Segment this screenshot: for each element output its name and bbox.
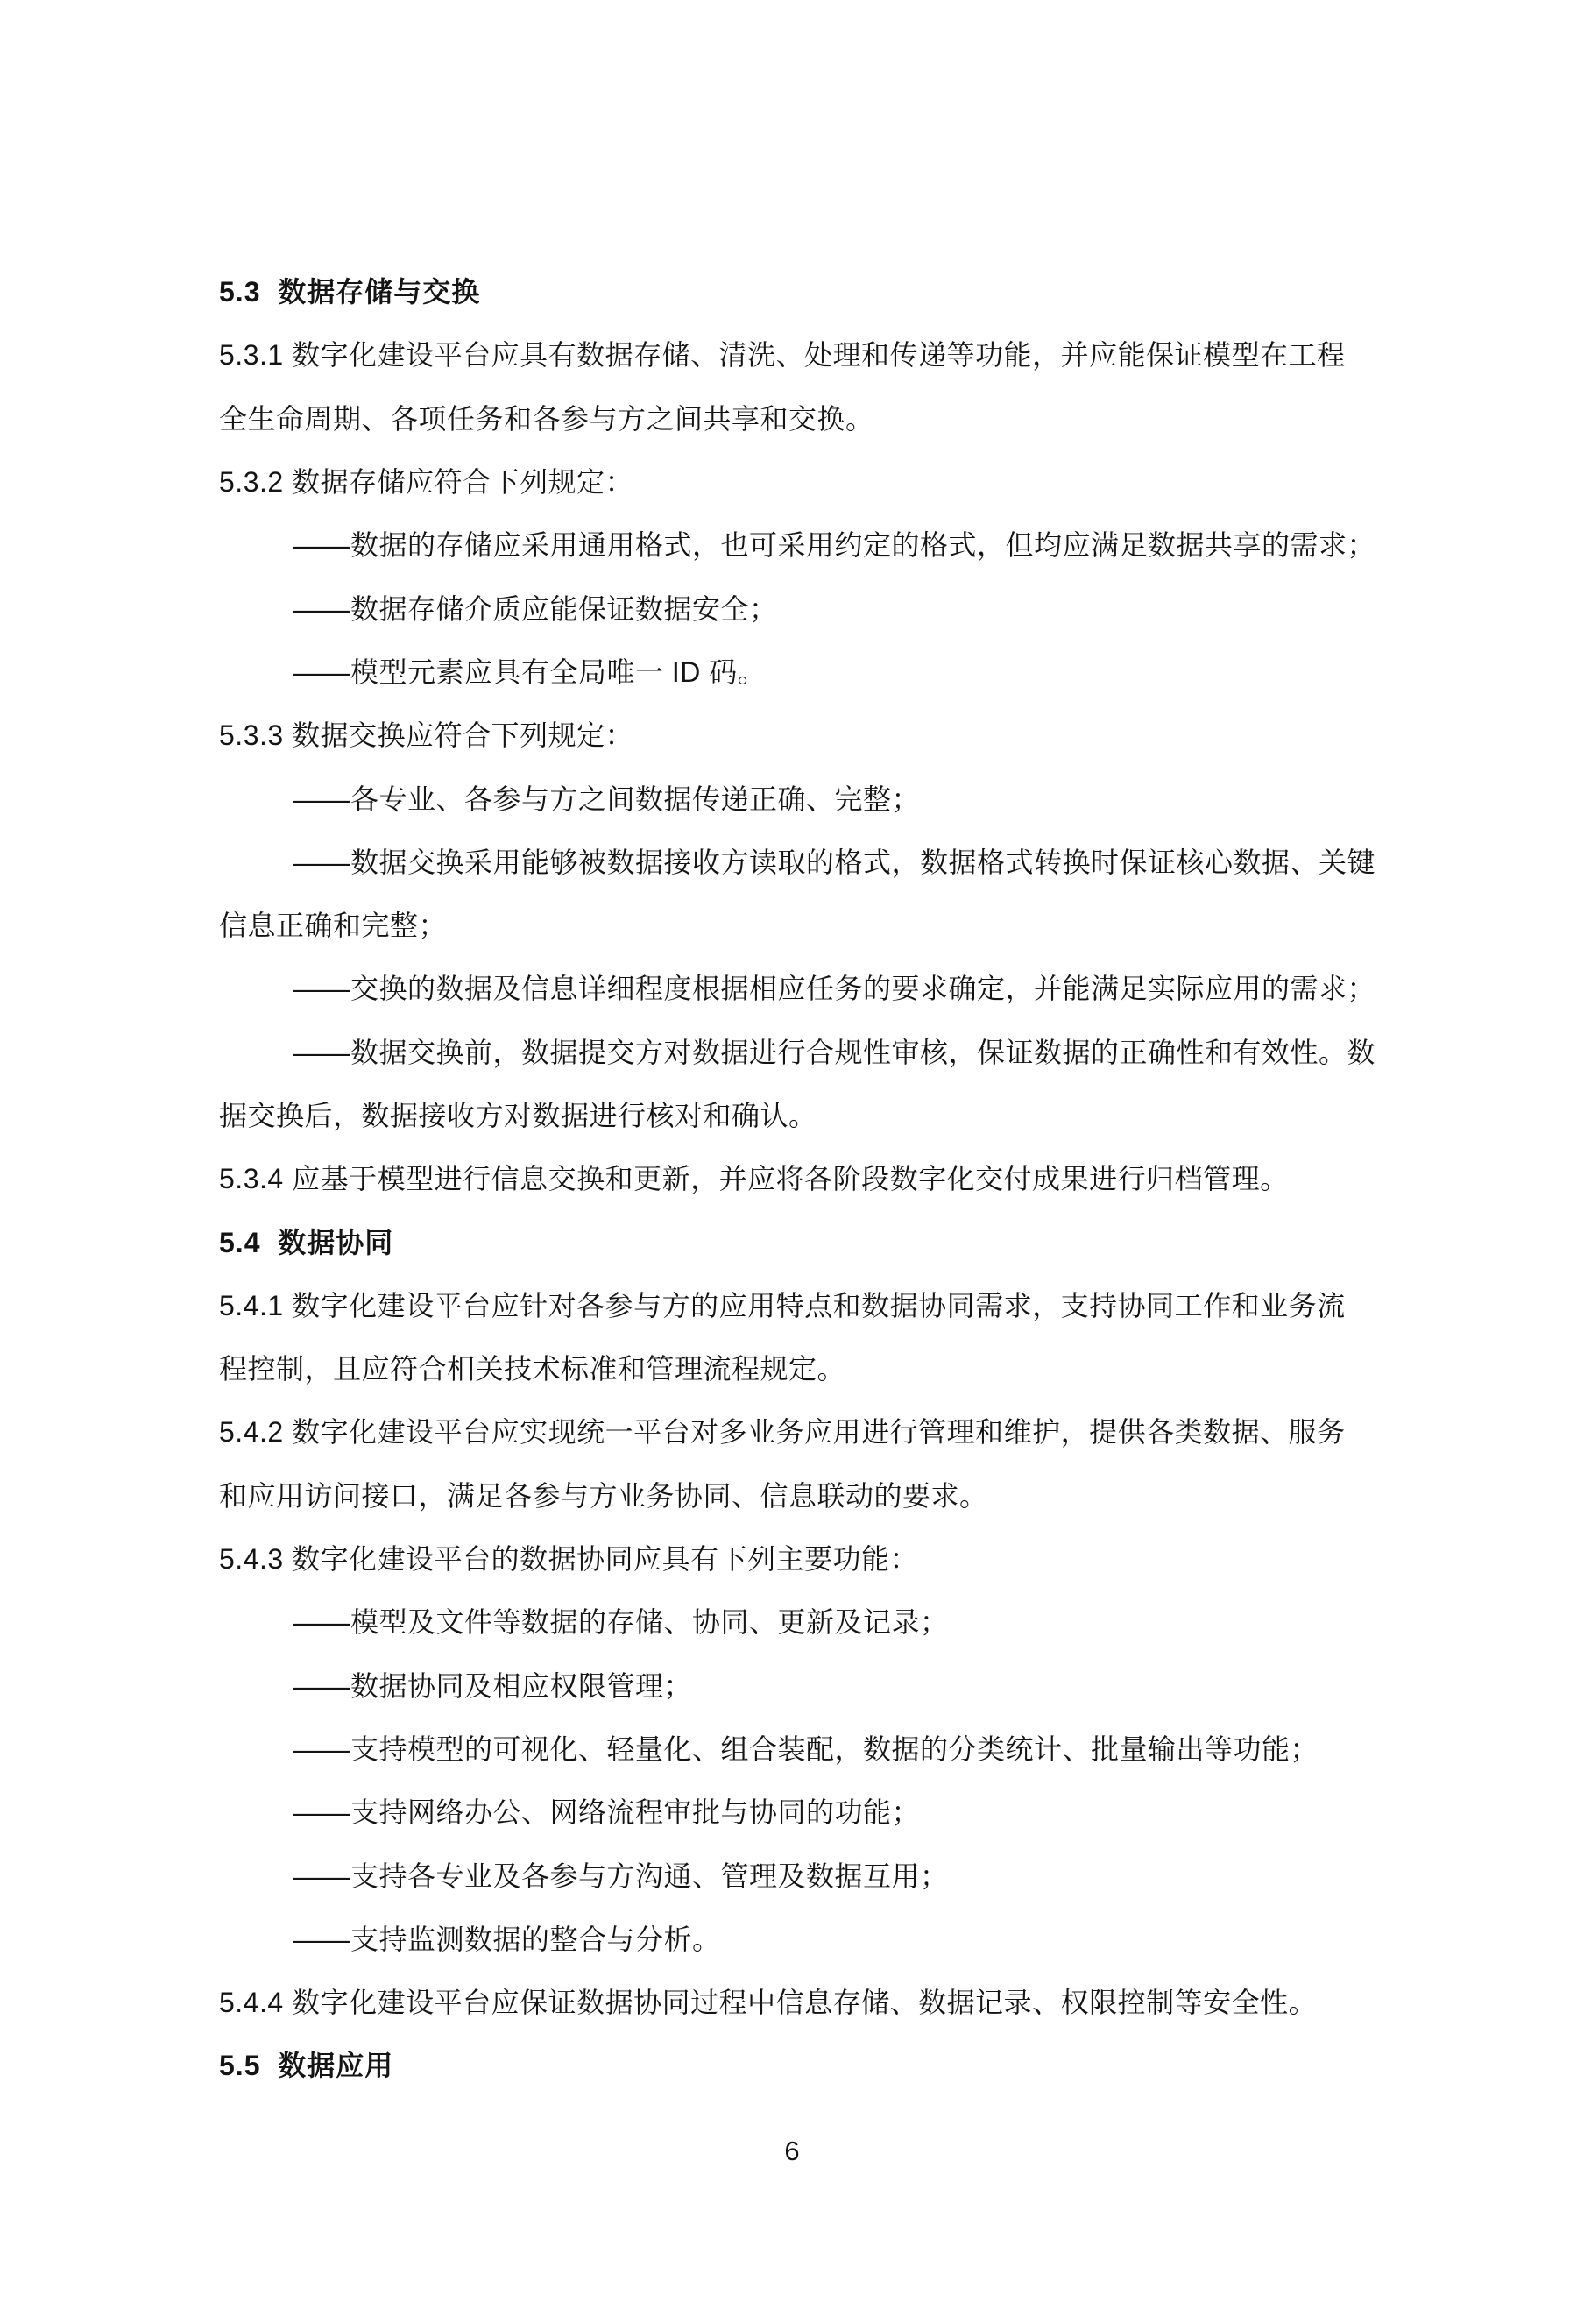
section-heading: 5.3 数据存储与交换 [219, 260, 1354, 323]
clause-text-line: 5.4.3 数字化建设平台的数据协同应具有下列主要功能： [219, 1527, 1354, 1591]
list-item-line: ——支持各专业及各参与方沟通、管理及数据互用； [219, 1844, 1354, 1907]
clause-text-line: 5.4.4 数字化建设平台应保证数据协同过程中信息存储、数据记录、权限控制等安全… [219, 1971, 1354, 2034]
list-item-line: ——交换的数据及信息详细程度根据相应任务的要求确定，并能满足实际应用的需求； [219, 957, 1354, 1020]
clause-text-line: 全生命周期、各项任务和各参与方之间共享和交换。 [219, 387, 1354, 450]
list-item-line: ——数据交换采用能够被数据接收方读取的格式，数据格式转换时保证核心数据、关键 [219, 831, 1354, 894]
list-item-line: ——模型及文件等数据的存储、协同、更新及记录； [219, 1591, 1354, 1654]
document-page: 5.3 数据存储与交换5.3.1 数字化建设平台应具有数据存储、清洗、处理和传递… [0, 0, 1584, 2324]
section-heading: 5.4 数据协同 [219, 1210, 1354, 1273]
list-item-line: ——数据协同及相应权限管理； [219, 1654, 1354, 1718]
clause-text-line: 信息正确和完整； [219, 894, 1354, 957]
clause-text-line: 5.3.4 应基于模型进行信息交换和更新，并应将各阶段数字化交付成果进行归档管理… [219, 1147, 1354, 1210]
list-item-line: ——支持监测数据的整合与分析。 [219, 1908, 1354, 1971]
list-item-line: ——数据交换前，数据提交方对数据进行合规性审核，保证数据的正确性和有效性。数 [219, 1021, 1354, 1084]
list-item-line: ——各专业、各参与方之间数据传递正确、完整； [219, 767, 1354, 830]
clause-text-line: 5.4.1 数字化建设平台应针对各参与方的应用特点和数据协同需求，支持协同工作和… [219, 1274, 1354, 1337]
clause-text-line: 和应用访问接口，满足各参与方业务协同、信息联动的要求。 [219, 1464, 1354, 1527]
document-body: 5.3 数据存储与交换5.3.1 数字化建设平台应具有数据存储、清洗、处理和传递… [219, 260, 1354, 2098]
section-heading: 5.5 数据应用 [219, 2034, 1354, 2097]
list-item-line: ——数据的存储应采用通用格式，也可采用约定的格式，但均应满足数据共享的需求； [219, 514, 1354, 577]
list-item-line: ——支持网络办公、网络流程审批与协同的功能； [219, 1781, 1354, 1844]
page-number: 6 [0, 2136, 1584, 2167]
list-item-line: ——数据存储介质应能保证数据安全； [219, 577, 1354, 640]
list-item-line: ——支持模型的可视化、轻量化、组合装配，数据的分类统计、批量输出等功能； [219, 1718, 1354, 1781]
clause-text-line: 5.3.1 数字化建设平台应具有数据存储、清洗、处理和传递等功能，并应能保证模型… [219, 323, 1354, 386]
clause-text-line: 据交换后，数据接收方对数据进行核对和确认。 [219, 1084, 1354, 1147]
clause-text-line: 5.3.3 数据交换应符合下列规定： [219, 704, 1354, 767]
list-item-line: ——模型元素应具有全局唯一 ID 码。 [219, 641, 1354, 704]
clause-text-line: 5.4.2 数字化建设平台应实现统一平台对多业务应用进行管理和维护，提供各类数据… [219, 1400, 1354, 1463]
clause-text-line: 程控制，且应符合相关技术标准和管理流程规定。 [219, 1337, 1354, 1400]
clause-text-line: 5.3.2 数据存储应符合下列规定： [219, 450, 1354, 514]
